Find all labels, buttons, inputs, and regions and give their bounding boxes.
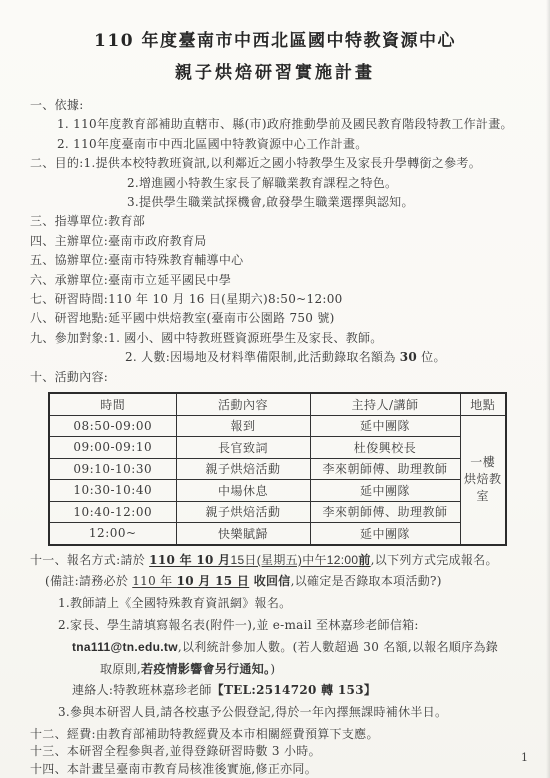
note-date-part2: 10 月 15 日 (177, 574, 250, 588)
section-supervising-unit: 三、指導單位:教育部 (30, 212, 530, 231)
note-date-part1: 110 年 (132, 574, 176, 588)
table-row: 08:50-09:00 報到 延中團隊 一樓烘焙教室 (49, 415, 506, 437)
registration-date-bold: 110 年 10 月 (149, 553, 230, 567)
registration-item-2-line2: tna111@tn.edu.tw,以利統計參加人數。(若人數超過 30 名額,以… (30, 637, 530, 659)
note-pre: (備註:請務必於 (45, 574, 132, 588)
participants-quota-number: 30 (400, 350, 417, 364)
schedule-cell-host: 李來朝師傅、助理教師 (310, 458, 460, 480)
section-participants-item-1: 九、參加對象:1. 國小、國中特教班暨資源班學生及家長、教師。 (30, 329, 530, 348)
schedule-header-host: 主持人/講師 (310, 393, 460, 415)
scan-edge-shadow (546, 0, 550, 778)
contact-person-line: 連絡人:特教班林嘉珍老師【TEL:2514720 轉 153】 (30, 680, 530, 702)
schedule-location-cell: 一樓烘焙教室 (460, 415, 506, 545)
schedule-header-time: 時間 (49, 393, 176, 415)
section-purpose-heading: 二、目的:1.提供本校特教班資訊,以利鄰近之國小特教學生及家長升學轉銜之參考。 (30, 154, 530, 173)
registration-item-2-line1: 2.家長、學生請填寫報名表(附件一),並 e-mail 至林嘉珍老師信箱: (30, 615, 530, 637)
section-registration: 十一、報名方式:請於 110 年 10 月15日(星期五)中午12:00前,以下… (30, 550, 530, 724)
purpose-item-2: 2.增進國小特教生家長了解職業教育課程之特色。 (30, 174, 530, 193)
table-row: 09:10-10:30 親子烘焙活動 李來朝師傅、助理教師 (49, 458, 506, 480)
registration-pre: 十一、報名方式:請於 (30, 553, 149, 567)
table-row: 10:30-10:40 中場休息 延中團隊 (49, 480, 506, 502)
section-workshop-location: 八、研習地點:延平國中烘焙教室(臺南市公園路 750 號) (30, 309, 530, 328)
schedule-cell-time: 09:10-10:30 (49, 458, 176, 480)
basis-item-1: 1. 110年度教育部補助直轄市、縣(市)政府推動學前及國民教育階段特教工作計畫… (30, 115, 530, 134)
contact-telephone: 【TEL:2514720 轉 153】 (212, 683, 377, 697)
participants-quota-pre: 2. 人數:因場地及材料準備限制,此活動錄取名額為 (125, 350, 400, 364)
schedule-location-line2: 烘焙教室 (464, 472, 502, 503)
registration-item-2-line3: 取原則,若疫情影響會另行通知。) (30, 659, 530, 681)
schedule-cell-host: 延中團隊 (310, 523, 460, 545)
schedule-cell-time: 12:00~ (49, 523, 176, 545)
section-workshop-time: 七、研習時間:110 年 10 月 16 日(星期六)8:50~12:00 (30, 290, 530, 309)
schedule-header-row: 時間 活動內容 主持人/講師 地點 (49, 393, 506, 415)
section-undertaking-unit: 六、承辦單位:臺南市立延平國民中學 (30, 271, 530, 290)
schedule-cell-host: 杜俊興校長 (310, 437, 460, 459)
schedule-cell-activity: 中場休息 (176, 480, 310, 502)
schedule-table: 時間 活動內容 主持人/講師 地點 08:50-09:00 報到 延中團隊 一樓… (48, 392, 507, 546)
registration-date-alt: 15日(星期五)中午12:00 (230, 553, 358, 567)
schedule-cell-time: 08:50-09:00 (49, 415, 176, 437)
schedule-header-location: 地點 (460, 393, 506, 415)
table-row: 09:00-09:10 長官致詞 杜俊興校長 (49, 437, 506, 459)
registration-item-3: 3.參與本研習人員,請各校惠予公假登記,得於一年內擇無課時補休半日。 (30, 702, 530, 724)
table-row: 10:40-12:00 親子烘焙活動 李來朝師傅、助理教師 (49, 501, 506, 523)
note-post: ,以確定是否錄取本項活動?) (291, 574, 442, 588)
schedule-cell-time: 09:00-09:10 (49, 437, 176, 459)
purpose-item-3: 3.提供學生職業試探機會,啟發學生職業選擇與認知。 (30, 193, 530, 212)
registration-item-1: 1.教師請上《全國特殊教育資訊網》報名。 (30, 593, 530, 615)
item2-line3-pre: 取原則, (100, 662, 141, 676)
participants-quota-post: 位。 (417, 350, 446, 364)
document-title-line2: 親子烘焙研習實施計畫 (0, 58, 550, 83)
schedule-cell-time: 10:40-12:00 (49, 501, 176, 523)
section-co-organizing-unit: 五、協辦單位:臺南市特殊教育輔導中心 (30, 251, 530, 270)
schedule-cell-activity: 親子烘焙活動 (176, 458, 310, 480)
schedule-cell-host: 延中團隊 (310, 480, 460, 502)
contact-email: tna111@tn.edu.tw (72, 640, 178, 654)
registration-deadline-qian: 前 (358, 553, 370, 567)
section-hours-credit: 十三、本研習全程參與者,並得登錄研習時數 3 小時。 (30, 743, 530, 760)
schedule-cell-host: 延中團隊 (310, 415, 460, 437)
section-organizing-unit: 四、主辦單位:臺南市政府教育局 (30, 232, 530, 251)
page-number: 1 (521, 751, 528, 764)
document-page: 110 年度臺南市中西北區國中特教資源中心 親子烘焙研習實施計畫 一、依據: 1… (0, 0, 550, 778)
section-approval: 十四、本計畫呈臺南市教育局核准後實施,修正亦同。 (30, 761, 530, 778)
schedule-cell-activity: 報到 (176, 415, 310, 437)
pandemic-notice-bold: 若疫情影響會另行通知。 (141, 662, 270, 676)
section-budget: 十二、經費:由教育部補助特教經費及本市相關經費預算下支應。 (30, 726, 530, 743)
document-title-block: 110 年度臺南市中西北區國中特教資源中心 親子烘焙研習實施計畫 (0, 0, 550, 83)
basis-item-2: 2. 110年度臺南市中西北區國中特教資源中心工作計畫。 (30, 135, 530, 154)
schedule-header-activity: 活動內容 (176, 393, 310, 415)
item2-line2-rest: ,以利統計參加人數。(若人數超過 30 名額,以報名順序為錄 (178, 640, 498, 654)
schedule-cell-activity: 長官致詞 (176, 437, 310, 459)
schedule-cell-time: 10:30-10:40 (49, 480, 176, 502)
schedule-location-line1: 一樓 (470, 455, 495, 469)
schedule-cell-activity: 親子烘焙活動 (176, 501, 310, 523)
schedule-cell-host: 李來朝師傅、助理教師 (310, 501, 460, 523)
item2-line3-post: ) (270, 662, 275, 676)
schedule-cell-activity: 快樂賦歸 (176, 523, 310, 545)
closing-sections: 十二、經費:由教育部補助特教經費及本市相關經費預算下支應。 十三、本研習全程參與… (30, 726, 530, 778)
document-body: 一、依據: 1. 110年度教育部補助直轄市、縣(市)政府推動學前及國民教育階段… (30, 96, 530, 778)
table-row: 12:00~ 快樂賦歸 延中團隊 (49, 523, 506, 545)
registration-post: ,以下列方式完成報名。 (371, 553, 498, 567)
note-reply-bold: 收回信 (249, 574, 290, 588)
registration-heading: 十一、報名方式:請於 110 年 10 月15日(星期五)中午12:00前,以下… (30, 550, 530, 572)
section-activities-heading: 十、活動內容: (30, 368, 530, 387)
contact-person: 連絡人:特教班林嘉珍老師 (72, 683, 212, 697)
registration-note: (備註:請務必於 110 年 10 月 15 日 收回信,以確定是否錄取本項活動… (30, 571, 530, 593)
document-title-line1: 110 年度臺南市中西北區國中特教資源中心 (0, 26, 550, 51)
section-participants-item-2: 2. 人數:因場地及材料準備限制,此活動錄取名額為 30 位。 (30, 348, 530, 367)
section-basis-heading: 一、依據: (30, 96, 530, 115)
